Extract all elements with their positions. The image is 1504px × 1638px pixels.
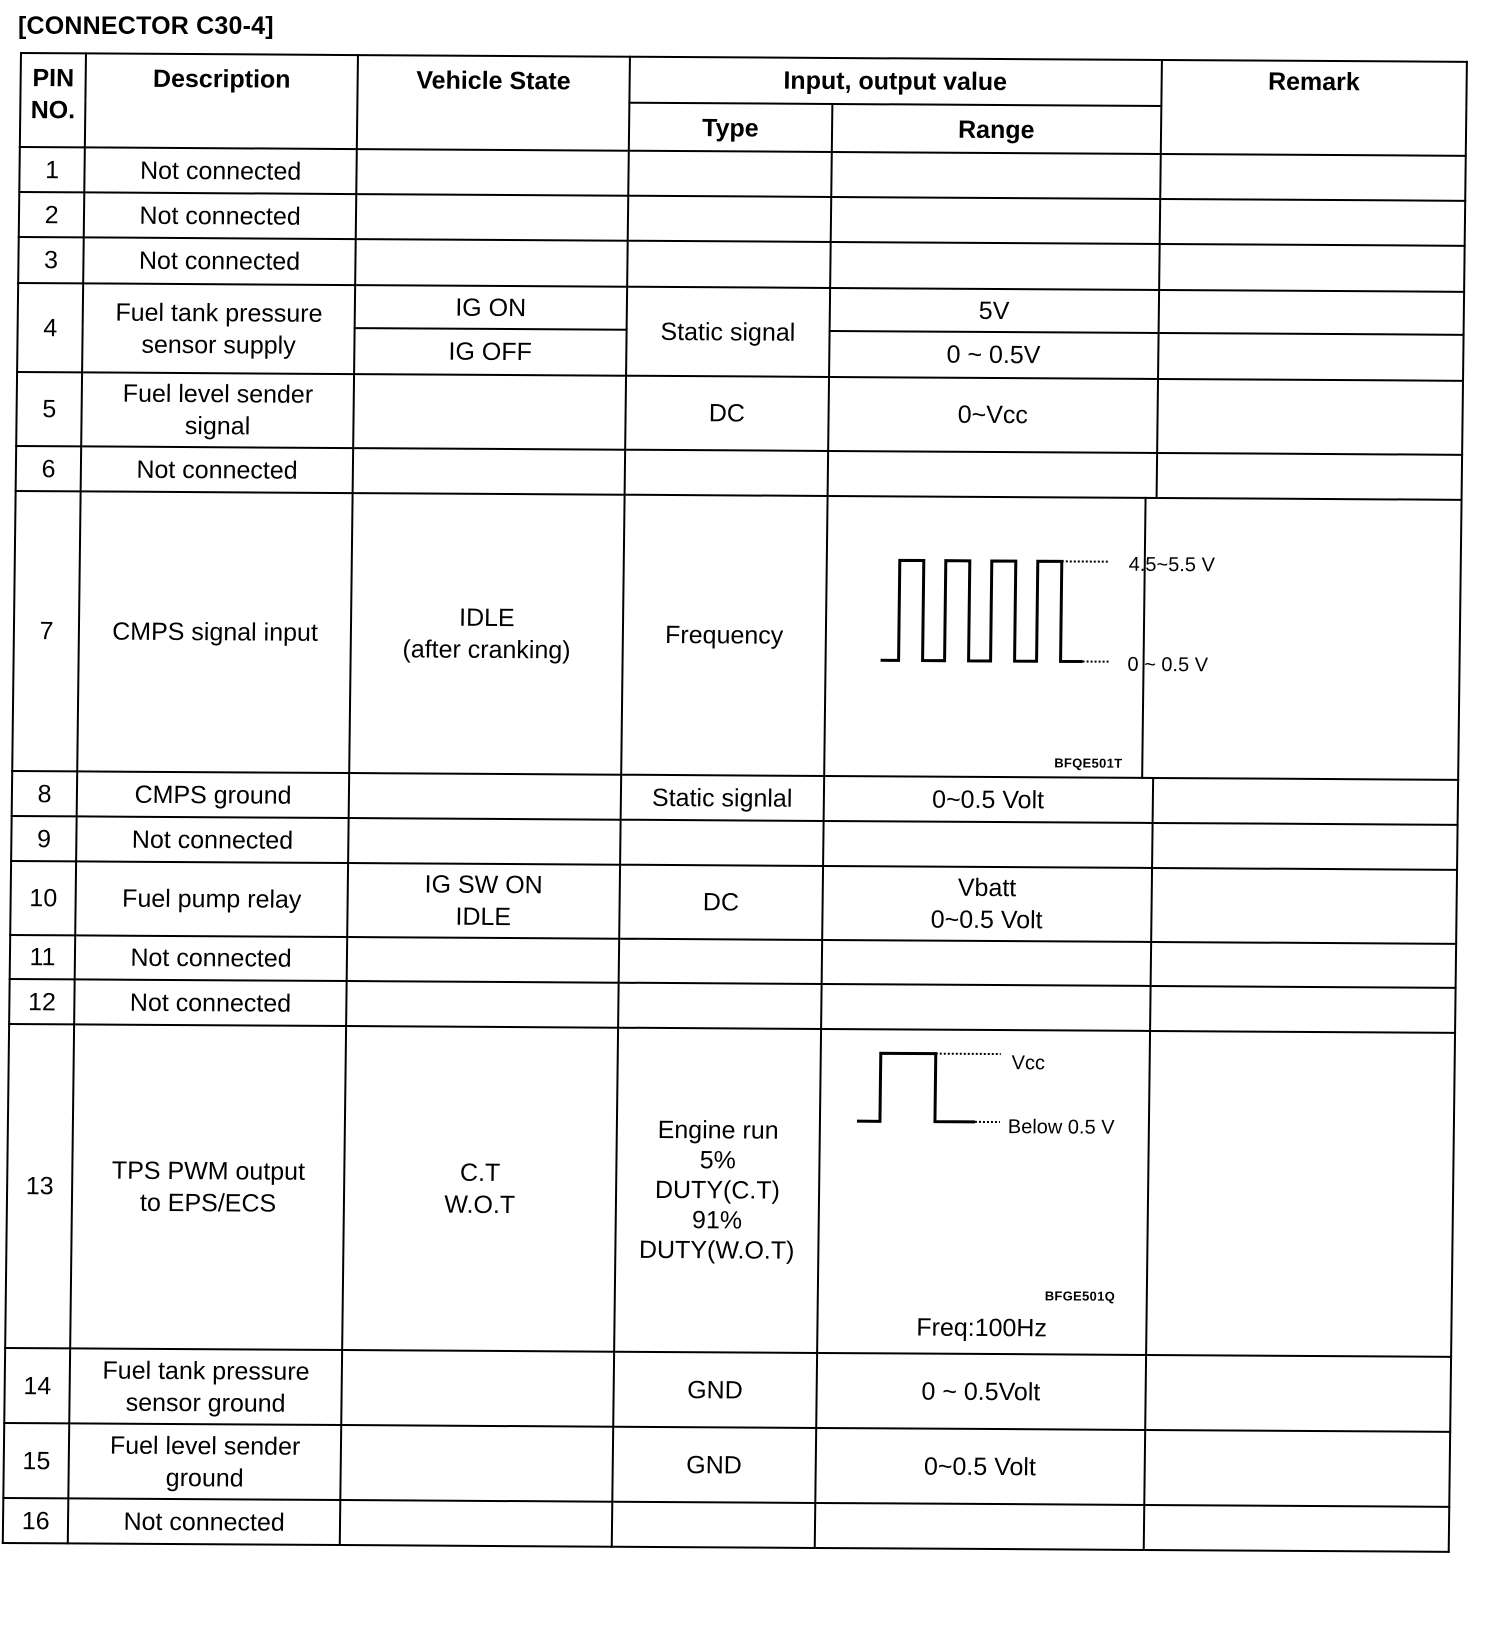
table-row: 14 Fuel tank pressure sensor ground GND … xyxy=(4,1348,1451,1432)
signal-type-line: 91% xyxy=(692,1206,742,1234)
remark xyxy=(1152,778,1458,825)
vehicle-state xyxy=(353,448,625,495)
pin-description: Not connected xyxy=(83,237,355,285)
vehicle-state xyxy=(347,937,619,983)
signal-range: 0~0.5 Volt xyxy=(824,776,1153,823)
signal-range xyxy=(815,1503,1144,1550)
pin-number: 6 xyxy=(16,446,82,491)
signal-type-line: Engine run xyxy=(658,1116,779,1145)
remark xyxy=(1156,453,1462,500)
signal-type: DC xyxy=(625,376,829,451)
remark xyxy=(1144,1430,1450,1507)
header-description: Description xyxy=(85,53,358,149)
pin-description: Not connected xyxy=(81,446,353,493)
signal-type xyxy=(620,820,824,866)
pin-number: 8 xyxy=(12,771,78,816)
pin-description: Not connected xyxy=(76,816,348,863)
signal-range-ig-off: 0 ~ 0.5V xyxy=(829,331,1158,379)
signal-type: Static signlal xyxy=(620,775,824,821)
signal-type: Frequency xyxy=(621,495,828,776)
signal-range xyxy=(823,821,1152,868)
pin-description-line: TPS PWM output xyxy=(112,1157,305,1186)
frequency-note: Freq:100Hz xyxy=(822,1311,1141,1345)
pin-number: 13 xyxy=(5,1024,74,1348)
remark xyxy=(1150,942,1456,988)
vehicle-state xyxy=(348,818,620,865)
remark xyxy=(1157,379,1463,455)
signal-type xyxy=(618,983,822,1029)
remark xyxy=(1158,333,1464,381)
header-pin-line1: PIN xyxy=(32,64,74,92)
vehicle-state-line: IDLE xyxy=(455,903,511,931)
pin-description-line: to EPS/ECS xyxy=(140,1189,277,1218)
remark xyxy=(1150,986,1456,1033)
header-io-value: Input, output value xyxy=(629,57,1161,106)
signal-type xyxy=(611,1502,815,1548)
vehicle-state xyxy=(356,194,628,241)
header-range: Range xyxy=(832,104,1161,154)
pin-description: TPS PWM output to EPS/ECS xyxy=(70,1024,346,1350)
square-wave-diagram xyxy=(829,498,1144,776)
connector-title: [CONNECTOR C30-4] xyxy=(18,12,274,41)
table-row: 16 Not connected xyxy=(3,1498,1449,1552)
wave-low-label: 0 ~ 0.5 V xyxy=(1127,654,1208,676)
signal-type-line: DUTY(W.O.T) xyxy=(639,1236,795,1265)
pin-number: 4 xyxy=(17,283,83,372)
pin-description: Fuel tank pressure sensor ground xyxy=(70,1348,343,1425)
pin-number: 16 xyxy=(3,1498,69,1543)
pin-number: 9 xyxy=(11,816,77,861)
pin-description: CMPS ground xyxy=(77,771,349,818)
vehicle-state xyxy=(340,1500,612,1547)
remark xyxy=(1159,244,1465,292)
table-row: 13 TPS PWM output to EPS/ECS C.T W.O.T E… xyxy=(5,1024,1455,1357)
wave-high-label: Vcc xyxy=(1011,1052,1045,1074)
table-row: 4 Fuel tank pressure sensor supply IG ON… xyxy=(18,283,1464,335)
table-row: 7 CMPS signal input IDLE (after cranking… xyxy=(12,491,1461,780)
vehicle-state-ig-on: IG ON xyxy=(355,285,627,330)
signal-range xyxy=(821,984,1150,1031)
remark xyxy=(1158,290,1464,335)
signal-range-ig-on: 5V xyxy=(830,288,1159,333)
pin-description: Fuel tank pressure sensor supply xyxy=(82,283,355,374)
vehicle-state: IG SW ON IDLE xyxy=(347,863,620,939)
pin-number: 3 xyxy=(18,237,84,283)
signal-type: Static signal xyxy=(626,287,830,377)
signal-type xyxy=(618,939,822,984)
signal-type xyxy=(624,450,828,496)
vehicle-state-line: IG SW ON xyxy=(424,871,542,900)
vehicle-state-line: C.T xyxy=(460,1159,501,1187)
signal-range-waveform: 4.5~5.5 V 0 ~ 0.5 V BFQE501T xyxy=(824,496,1461,780)
signal-range xyxy=(831,197,1160,244)
pin-number: 15 xyxy=(3,1423,69,1498)
remark xyxy=(1159,199,1465,246)
vehicle-state: IDLE (after cranking) xyxy=(349,493,624,775)
signal-type xyxy=(627,241,831,288)
remark xyxy=(1146,1031,1455,1357)
pin-description: CMPS signal input xyxy=(77,491,352,773)
table-row: 5 Fuel level sender signal DC 0~Vcc xyxy=(16,372,1463,455)
signal-range xyxy=(828,451,1157,498)
vehicle-state xyxy=(355,239,627,287)
vehicle-state-line: IDLE xyxy=(459,604,515,632)
pin-description: Not connected xyxy=(68,1498,340,1545)
pin-number: 10 xyxy=(10,861,76,935)
pin-description: Fuel pump relay xyxy=(75,861,348,937)
signal-type-line: DUTY(C.T) xyxy=(655,1176,780,1205)
signal-range: 0 ~ 0.5Volt xyxy=(816,1353,1145,1430)
signal-range-line: Vbatt xyxy=(958,874,1017,902)
vehicle-state: C.T W.O.T xyxy=(342,1026,618,1352)
vehicle-state xyxy=(356,149,628,196)
vehicle-state-ig-off: IG OFF xyxy=(354,328,626,376)
signal-range-line: 0~0.5 Volt xyxy=(931,906,1043,935)
pin-description: Not connected xyxy=(84,192,356,239)
pin-number: 7 xyxy=(12,491,81,771)
pin-number: 14 xyxy=(4,1348,70,1423)
remark xyxy=(1160,154,1466,201)
remark xyxy=(1145,1355,1451,1432)
header-type: Type xyxy=(628,103,832,152)
pin-number: 2 xyxy=(19,192,85,237)
signal-range: Vbatt 0~0.5 Volt xyxy=(822,866,1151,942)
pin-number: 5 xyxy=(16,372,82,446)
pin-number: 12 xyxy=(9,979,75,1024)
figure-code: BFGE501Q xyxy=(1045,1280,1116,1312)
pin-number: 11 xyxy=(10,935,76,979)
wave-low-label: Below 0.5 V xyxy=(1008,1116,1115,1139)
figure-code: BFQE501T xyxy=(1054,747,1123,779)
pin-description: Not connected xyxy=(75,935,347,981)
vehicle-state xyxy=(340,1425,613,1502)
header-pin-no: PIN NO. xyxy=(20,53,86,147)
signal-type: DC xyxy=(619,865,823,940)
signal-type-line: 5% xyxy=(700,1146,736,1174)
vehicle-state xyxy=(341,1350,614,1427)
signal-range: 0~0.5 Volt xyxy=(815,1428,1144,1505)
signal-range-waveform: Vcc Below 0.5 V BFGE501Q Freq:100Hz xyxy=(817,1029,1150,1355)
pin-description: Fuel level sender ground xyxy=(69,1423,342,1500)
table-row: 10 Fuel pump relay IG SW ON IDLE DC Vbat… xyxy=(10,861,1457,944)
signal-range xyxy=(831,152,1160,199)
wave-high-label: 4.5~5.5 V xyxy=(1129,554,1215,577)
remark xyxy=(1143,1505,1449,1552)
signal-type: GND xyxy=(613,1352,817,1428)
vehicle-state-line: (after cranking) xyxy=(402,635,570,664)
vehicle-state xyxy=(346,981,618,1028)
vehicle-state xyxy=(353,374,626,450)
signal-range xyxy=(830,242,1159,290)
connector-pin-table: PIN NO. Description Vehicle State Input,… xyxy=(2,52,1468,1553)
header-remark: Remark xyxy=(1160,60,1467,156)
header-vehicle-state: Vehicle State xyxy=(357,55,630,151)
signal-range xyxy=(822,940,1151,986)
vehicle-state xyxy=(349,773,621,820)
header-pin-line2: NO. xyxy=(31,96,76,124)
pin-description: Not connected xyxy=(74,979,346,1026)
signal-type xyxy=(628,151,832,197)
pin-description: Fuel level sender signal xyxy=(81,372,354,448)
pin-number: 1 xyxy=(19,147,85,192)
remark xyxy=(1151,868,1457,944)
signal-type: Engine run 5% DUTY(C.T) 91% DUTY(W.O.T) xyxy=(614,1028,821,1353)
vehicle-state-line: W.O.T xyxy=(444,1191,515,1219)
signal-type: GND xyxy=(612,1427,816,1503)
signal-range: 0~Vcc xyxy=(828,377,1157,453)
pin-description: Not connected xyxy=(85,147,357,194)
table-row: 15 Fuel level sender ground GND 0~0.5 Vo… xyxy=(3,1423,1450,1507)
remark xyxy=(1152,823,1458,870)
signal-type xyxy=(627,196,831,242)
